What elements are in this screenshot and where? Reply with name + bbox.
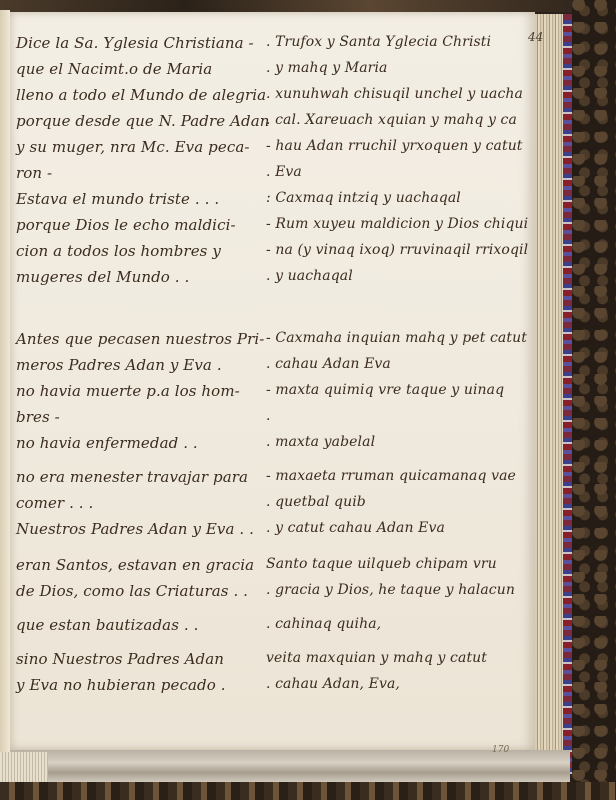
spanish-text: Estava el mundo triste . . .: [16, 190, 219, 208]
page-number-bottom: 170: [492, 745, 509, 755]
manuscript-line: cion a todos los hombres y- na (y vinaq …: [10, 242, 535, 266]
manuscript-line: mugeres del Mundo . .. y uachaqal: [10, 268, 535, 292]
marbled-endpaper-edge: [563, 14, 572, 774]
kiche-text: - Caxmaha inquian mahq y pet catut: [266, 330, 527, 346]
kiche-text: . cahau Adan Eva: [266, 356, 391, 372]
manuscript-line: de Dios, como las Criaturas . .. gracia …: [10, 582, 535, 606]
manuscript-line: bres -.: [10, 408, 535, 432]
spanish-text: sino Nuestros Padres Adan: [16, 650, 224, 668]
spanish-text: mugeres del Mundo . .: [16, 268, 189, 286]
manuscript-line: porque Dios le echo maldici-- Rum xuyeu …: [10, 216, 535, 240]
kiche-text: - Rum xuyeu maldicion y Dios chiqui: [266, 216, 528, 232]
spanish-text: y Eva no hubieran pecado .: [16, 676, 226, 694]
spanish-text: no havia enfermedad . .: [16, 434, 198, 452]
book-cover-bottom: [0, 782, 616, 800]
manuscript-line: no havia enfermedad . .. maxta yabelal: [10, 434, 535, 458]
kiche-text: . Trufox y Santa Yglecia Christi: [266, 34, 491, 50]
kiche-text: - na (y vinaq ixoq) rruvinaqil rrixoqil: [266, 242, 528, 258]
spanish-text: bres -: [16, 408, 60, 426]
spanish-text: porque Dios le echo maldici-: [16, 216, 236, 234]
kiche-text: . y uachaqal: [266, 268, 353, 284]
spanish-text: meros Padres Adan y Eva .: [16, 356, 222, 374]
manuscript-line: y su muger, nra Mc. Eva peca-- hau Adan …: [10, 138, 535, 162]
spanish-text: Nuestros Padres Adan y Eva . .: [16, 520, 254, 538]
kiche-text: . cahau Adan, Eva,: [266, 676, 400, 692]
spanish-text: Antes que pecasen nuestros Pri-: [16, 330, 264, 348]
manuscript-line: comer . . .. quetbal quib: [10, 494, 535, 518]
spanish-text: comer . . .: [16, 494, 93, 512]
kiche-text: veita maxquian y mahq y catut: [266, 650, 487, 666]
spanish-text: lleno a todo el Mundo de alegria: [16, 86, 266, 104]
page-fore-edge: [535, 14, 563, 756]
manuscript-line: meros Padres Adan y Eva .. cahau Adan Ev…: [10, 356, 535, 380]
kiche-text: . Eva: [266, 164, 302, 180]
kiche-text: : Caxmaq intziq y uachaqal: [266, 190, 461, 206]
kiche-text: - hau Adan rruchil yrxoquen y catut: [266, 138, 523, 154]
kiche-text: .: [266, 408, 271, 424]
folded-bottom-left-pages: [0, 752, 48, 782]
left-page-gutter: [0, 10, 10, 762]
book-cover-top: [0, 0, 616, 12]
manuscript-line: Estava el mundo triste . . .: Caxmaq int…: [10, 190, 535, 214]
kiche-text: . y catut cahau Adan Eva: [266, 520, 445, 536]
spanish-text: Dice la Sa. Yglesia Christiana -: [16, 34, 254, 52]
book-cover-right: [572, 0, 616, 800]
spanish-text: eran Santos, estavan en gracia: [16, 556, 254, 574]
spanish-text: que estan bautizadas . .: [16, 616, 198, 634]
spanish-text: de Dios, como las Criaturas . .: [16, 582, 248, 600]
spanish-text: cion a todos los hombres y: [16, 242, 221, 260]
kiche-text: Santo taque uilqueb chipam vru: [266, 556, 497, 572]
spanish-text: ron -: [16, 164, 52, 182]
manuscript-line: no era menester travajar para- maxaeta r…: [10, 468, 535, 492]
manuscript-line: ron -. Eva: [10, 164, 535, 188]
kiche-text: . y mahq y Maria: [266, 60, 387, 76]
kiche-text: . xunuhwah chisuqil unchel y uacha: [266, 86, 523, 102]
manuscript-line: Dice la Sa. Yglesia Christiana -. Trufox…: [10, 34, 535, 58]
kiche-text: . gracia y Dios, he taque y halacun: [266, 582, 515, 598]
manuscript-line: no havia muerte p.a los hom-- maxta quim…: [10, 382, 535, 406]
kiche-text: . cahinaq quiha,: [266, 616, 381, 632]
manuscript-line: porque desde que N. Padre Adan. cal. Xar…: [10, 112, 535, 136]
kiche-text: - maxta quimiq vre taque y uinaq: [266, 382, 504, 398]
manuscript-line: que el Nacimt.o de Maria. y mahq y Maria: [10, 60, 535, 84]
manuscript-line: lleno a todo el Mundo de alegria. xunuhw…: [10, 86, 535, 110]
spanish-text: no havia muerte p.a los hom-: [16, 382, 240, 400]
manuscript-page: 44 170 Dice la Sa. Yglesia Christiana -.…: [10, 12, 535, 750]
kiche-text: . maxta yabelal: [266, 434, 375, 450]
spanish-text: y su muger, nra Mc. Eva peca-: [16, 138, 250, 156]
spanish-text: no era menester travajar para: [16, 468, 248, 486]
spanish-text: que el Nacimt.o de Maria: [16, 60, 212, 78]
kiche-text: . quetbal quib: [266, 494, 366, 510]
folded-bottom-edge: [10, 750, 570, 782]
kiche-text: . cal. Xareuach xquian y mahq y ca: [266, 112, 517, 128]
manuscript-line: y Eva no hubieran pecado .. cahau Adan, …: [10, 676, 535, 700]
manuscript-line: Nuestros Padres Adan y Eva . .. y catut …: [10, 520, 535, 544]
spanish-text: porque desde que N. Padre Adan: [16, 112, 270, 130]
kiche-text: - maxaeta rruman quicamanaq vae: [266, 468, 516, 484]
manuscript-line: Antes que pecasen nuestros Pri-- Caxmaha…: [10, 330, 535, 354]
manuscript-line: eran Santos, estavan en graciaSanto taqu…: [10, 556, 535, 580]
manuscript-line: que estan bautizadas . .. cahinaq quiha,: [10, 616, 535, 640]
manuscript-line: sino Nuestros Padres Adanveita maxquian …: [10, 650, 535, 674]
